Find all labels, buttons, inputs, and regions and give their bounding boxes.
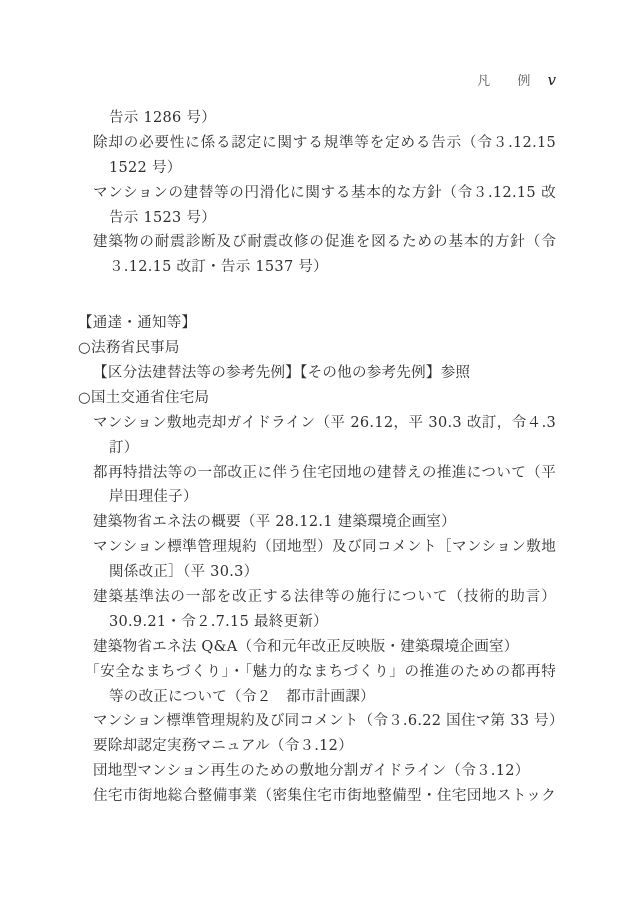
running-head: 凡 例 v	[477, 70, 556, 89]
text-line: 訂）	[78, 436, 556, 461]
text-line: 建築基準法の一部を改正する法律等の施行について（技術的助言）（平	[78, 585, 556, 610]
text-line: マンション標準管理規約（団地型）及び同コメント［マンション敷地売却	[78, 535, 556, 560]
text-line: マンション標準管理規約及び同コメント（令３.6.22 国住マ第 33 号）	[78, 709, 556, 734]
text-line: 【通達・通知等】	[78, 311, 556, 336]
text-line: 除却の必要性に係る認定に関する規準等を定める告示（令３.12.15 告示	[78, 131, 556, 156]
text-line: 告示 1286 号）	[78, 106, 556, 131]
text-line: 岸田理佳子）	[78, 485, 556, 510]
text-line: 告示 1523 号）	[78, 206, 556, 231]
document-text-block: 告示 1286 号）除却の必要性に係る認定に関する規準等を定める告示（令３.12…	[78, 106, 556, 809]
text-line: 1522 号）	[78, 156, 556, 181]
text-line: 「安全なまちづくり」・「魅力的なまちづくり」の推進のための都再特措法	[78, 660, 556, 685]
page-number: v	[548, 71, 556, 89]
text-line: 都再特措法等の一部改正に伴う住宅団地の建替えの推進について（平 28	[78, 461, 556, 486]
book-page: 凡 例 v 告示 1286 号）除却の必要性に係る認定に関する規準等を定める告示…	[0, 0, 642, 900]
text-line: 要除却認定実務マニュアル（令３.12）	[78, 734, 556, 759]
text-line: 【区分法建替法等の参考先例】【その他の参考先例】参照	[78, 361, 556, 386]
text-line: 団地型マンション再生のための敷地分割ガイドライン（令３.12）	[78, 759, 556, 784]
text-line: 建築物の耐震診断及び耐震改修の促進を図るための基本的方針（令	[78, 230, 556, 255]
text-line: マンション敷地売却ガイドライン（平 26.12，平 30.3 改訂，令４.3 改	[78, 411, 556, 436]
text-line: マンションの建替等の円滑化に関する基本的な方針（令３.12.15 改訂・	[78, 181, 556, 206]
text-line: 建築物省エネ法 Q&A（令和元年改正反映版・建築環境企画室）	[78, 635, 556, 660]
text-line: 30.9.21・令２.7.15 最終更新）	[78, 610, 556, 635]
text-line: ○国土交通省住宅局	[78, 386, 556, 411]
text-line: 建築物省エネ法の概要（平 28.12.1 建築環境企画室）	[78, 510, 556, 535]
running-head-section-title: 凡 例	[477, 70, 537, 89]
text-line: 等の改正について（令２ 都市計画課）	[78, 685, 556, 710]
text-line: ○法務省民事局	[78, 336, 556, 361]
text-line: ３.12.15 改訂・告示 1537 号）	[78, 255, 556, 280]
text-line: 住宅市街地総合整備事業（密集住宅市街地整備型・住宅団地ストック活用	[78, 784, 556, 809]
text-line: 関係改正］（平 30.3）	[78, 560, 556, 585]
